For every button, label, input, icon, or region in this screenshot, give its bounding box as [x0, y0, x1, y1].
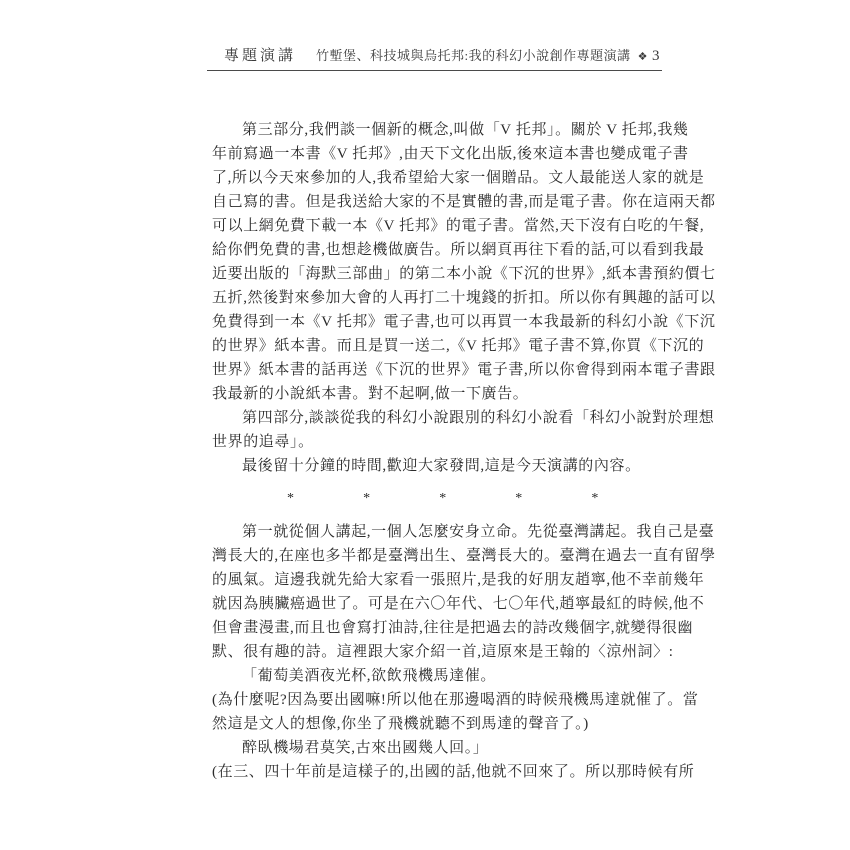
text-line: 免費得到一本《V 托邦》電子書,也可以再買一本我最新的科幻小說《下沉: [212, 310, 660, 334]
text-line: 默、很有趣的詩。這裡跟大家介紹一首,這原來是王翰的〈涼州詞〉:: [212, 640, 660, 664]
running-head: 專題演講 竹塹堡、科技城與烏托邦:我的科幻小說創作專題演講 ❖ 3: [212, 44, 660, 65]
text-line: 醉臥機場君莫笑,古來出國幾人回。」: [212, 736, 660, 760]
asterisk-mark: *: [439, 487, 447, 511]
text-line: 最後留十分鐘的時間,歡迎大家發問,這是今天演講的內容。: [212, 454, 660, 478]
text-line: 給你們免費的書,也想趁機做廣告。所以網頁再往下看的話,可以看到我最: [212, 238, 660, 262]
asterisk-mark: *: [287, 487, 295, 511]
text-line: 的風氣。這邊我就先給大家看一張照片,是我的好朋友趙寧,他不幸前幾年: [212, 568, 660, 592]
text-line: 五折,然後對來參加大會的人再打二十塊錢的折扣。所以你有興趣的話可以: [212, 286, 660, 310]
body-text: 第三部分,我們談一個新的概念,叫做「V 托邦」。關於 V 托邦,我幾 年前寫過一…: [212, 118, 660, 784]
text-line: 年前寫過一本書《V 托邦》,由天下文化出版,後來這本書也變成電子書: [212, 142, 660, 166]
text-line: 第三部分,我們談一個新的概念,叫做「V 托邦」。關於 V 托邦,我幾: [212, 118, 660, 142]
text-line: (為什麼呢?因為要出國嘛!所以他在那邊喝酒的時候飛機馬達就催了。當: [212, 688, 660, 712]
text-line: 世界》紙本書的話再送《下沉的世界》電子書,所以你會得到兩本電子書跟: [212, 358, 660, 382]
book-page: 專題演講 竹塹堡、科技城與烏托邦:我的科幻小說創作專題演講 ❖ 3 第三部分,我…: [0, 0, 850, 850]
text-line: 就因為胰臟癌過世了。可是在六〇年代、七〇年代,趙寧最紅的時候,他不: [212, 592, 660, 616]
text-line: 近要出版的「海默三部曲」的第二本小說《下沉的世界》,紙本書預約價七: [212, 262, 660, 286]
asterisk-mark: *: [591, 487, 599, 511]
text-line: 灣長大的,在座也多半都是臺灣出生、臺灣長大的。臺灣在過去一直有留學: [212, 544, 660, 568]
text-line: 第四部分,談談從我的科幻小說跟別的科幻小說看「科幻小說對於理想: [212, 406, 660, 430]
text-line: 世界的追尋」。: [212, 430, 660, 454]
section-separator: * * * * *: [212, 478, 599, 520]
text-line: 可以上網免費下載一本《V 托邦》的電子書。當然,天下沒有白吃的午餐,: [212, 214, 660, 238]
running-head-section: 專題演講: [212, 44, 296, 65]
text-line: 然這是文人的想像,你坐了飛機就聽不到馬達的聲音了。): [212, 712, 660, 736]
text-line: 但會畫漫畫,而且也會寫打油詩,往往是把過去的詩改幾個字,就變得很幽: [212, 616, 660, 640]
running-head-title-group: 竹塹堡、科技城與烏托邦:我的科幻小說創作專題演講 ❖ 3: [316, 45, 660, 65]
text-line: 的世界》紙本書。而且是買一送二,《V 托邦》電子書不算,你買《下沉的: [212, 334, 660, 358]
text-line: 自己寫的書。但是我送給大家的不是實體的書,而是電子書。你在這兩天都: [212, 190, 660, 214]
asterisk-mark: *: [363, 487, 371, 511]
page-marker-icon: ❖: [638, 50, 648, 63]
text-line: (在三、四十年前是這樣子的,出國的話,他就不回來了。所以那時候有所: [212, 760, 660, 784]
text-line: 了,所以今天來參加的人,我希望給大家一個贈品。文人最能送人家的就是: [212, 166, 660, 190]
asterisk-mark: *: [515, 487, 523, 511]
text-line: 我最新的小說紙本書。對不起啊,做一下廣告。: [212, 382, 660, 406]
page-number: 3: [652, 48, 660, 65]
text-line: 第一就從個人講起,一個人怎麼安身立命。先從臺灣講起。我自己是臺: [212, 520, 660, 544]
chapter-title: 竹塹堡、科技城與烏托邦:我的科幻小說創作專題演講: [316, 45, 631, 64]
header-rule: [207, 70, 662, 71]
text-line: 「葡萄美酒夜光杯,欲飲飛機馬達催。: [212, 664, 660, 688]
